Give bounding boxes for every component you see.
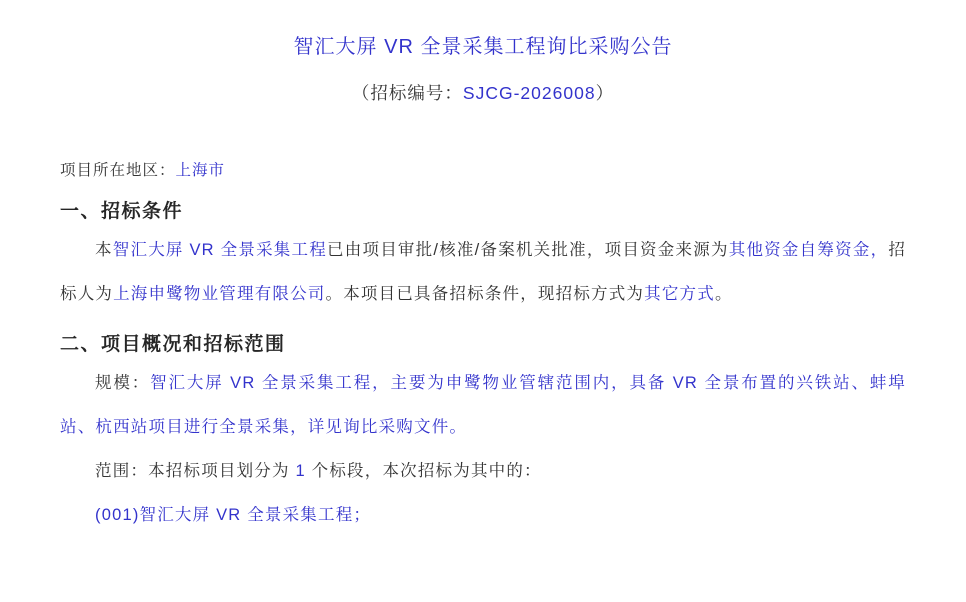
text-run: 上海市: [176, 162, 226, 179]
text-run: （招标编号：: [352, 83, 463, 103]
text-run: 个标段，本次招标为其中的：: [306, 462, 542, 480]
text-run: 一、招标条件: [60, 201, 183, 222]
paragraph: 范围：本招标项目划分为 1 个标段，本次招标为其中的：: [60, 449, 906, 493]
text-run: 其它方式: [644, 285, 715, 303]
text-run: 智汇大屏 VR 全景采集工程询比采购公告: [294, 36, 673, 58]
text-run: 。本项目已具备招标条件，现招标方式为: [326, 285, 645, 303]
text-run: 项目所在地区：: [60, 162, 176, 179]
paragraph: 规模：智汇大屏 VR 全景采集工程，主要为申鹭物业管辖范围内，具备 VR 全景布…: [60, 361, 906, 449]
text-run: 二、项目概况和招标范围: [60, 334, 286, 355]
text-run: 智汇大屏 VR 全景采集工程: [113, 241, 327, 259]
text-run: 其他资金自筹资金，: [729, 241, 889, 259]
text-run: 。: [715, 285, 733, 303]
document-body: 项目所在地区：上海市一、招标条件本智汇大屏 VR 全景采集工程已由项目审批/核准…: [60, 159, 906, 537]
paragraph: (001)智汇大屏 VR 全景采集工程；: [60, 493, 906, 537]
meta-line: 项目所在地区：上海市: [60, 159, 906, 183]
section-heading: 一、招标条件: [60, 199, 906, 225]
document-subtitle: （招标编号：SJCG-2026008）: [60, 81, 906, 105]
text-run: ）: [596, 83, 615, 103]
document-title: 智汇大屏 VR 全景采集工程询比采购公告: [60, 34, 906, 60]
text-run: SJCG-2026008: [463, 83, 596, 103]
text-run: 范围：本招标项目划分为: [95, 462, 295, 480]
document-page: 智汇大屏 VR 全景采集工程询比采购公告 （招标编号：SJCG-2026008）…: [0, 0, 966, 602]
text-run: 已由项目审批/核准/备案机关批准，项目资金来源为: [327, 241, 729, 259]
text-run: (001)智汇大屏 VR 全景采集工程；: [95, 506, 371, 524]
section-heading: 二、项目概况和招标范围: [60, 332, 906, 358]
text-run: 智汇大屏 VR 全景采集工程，主要为申鹭物业管辖范围内，具备 VR 全景布置的兴…: [60, 374, 906, 436]
paragraph: 本智汇大屏 VR 全景采集工程已由项目审批/核准/备案机关批准，项目资金来源为其…: [60, 228, 906, 316]
text-run: 本: [95, 241, 113, 259]
text-run: 规模：: [95, 374, 150, 392]
text-run: 上海申鹭物业管理有限公司: [113, 285, 325, 303]
text-run: 1: [295, 462, 305, 480]
